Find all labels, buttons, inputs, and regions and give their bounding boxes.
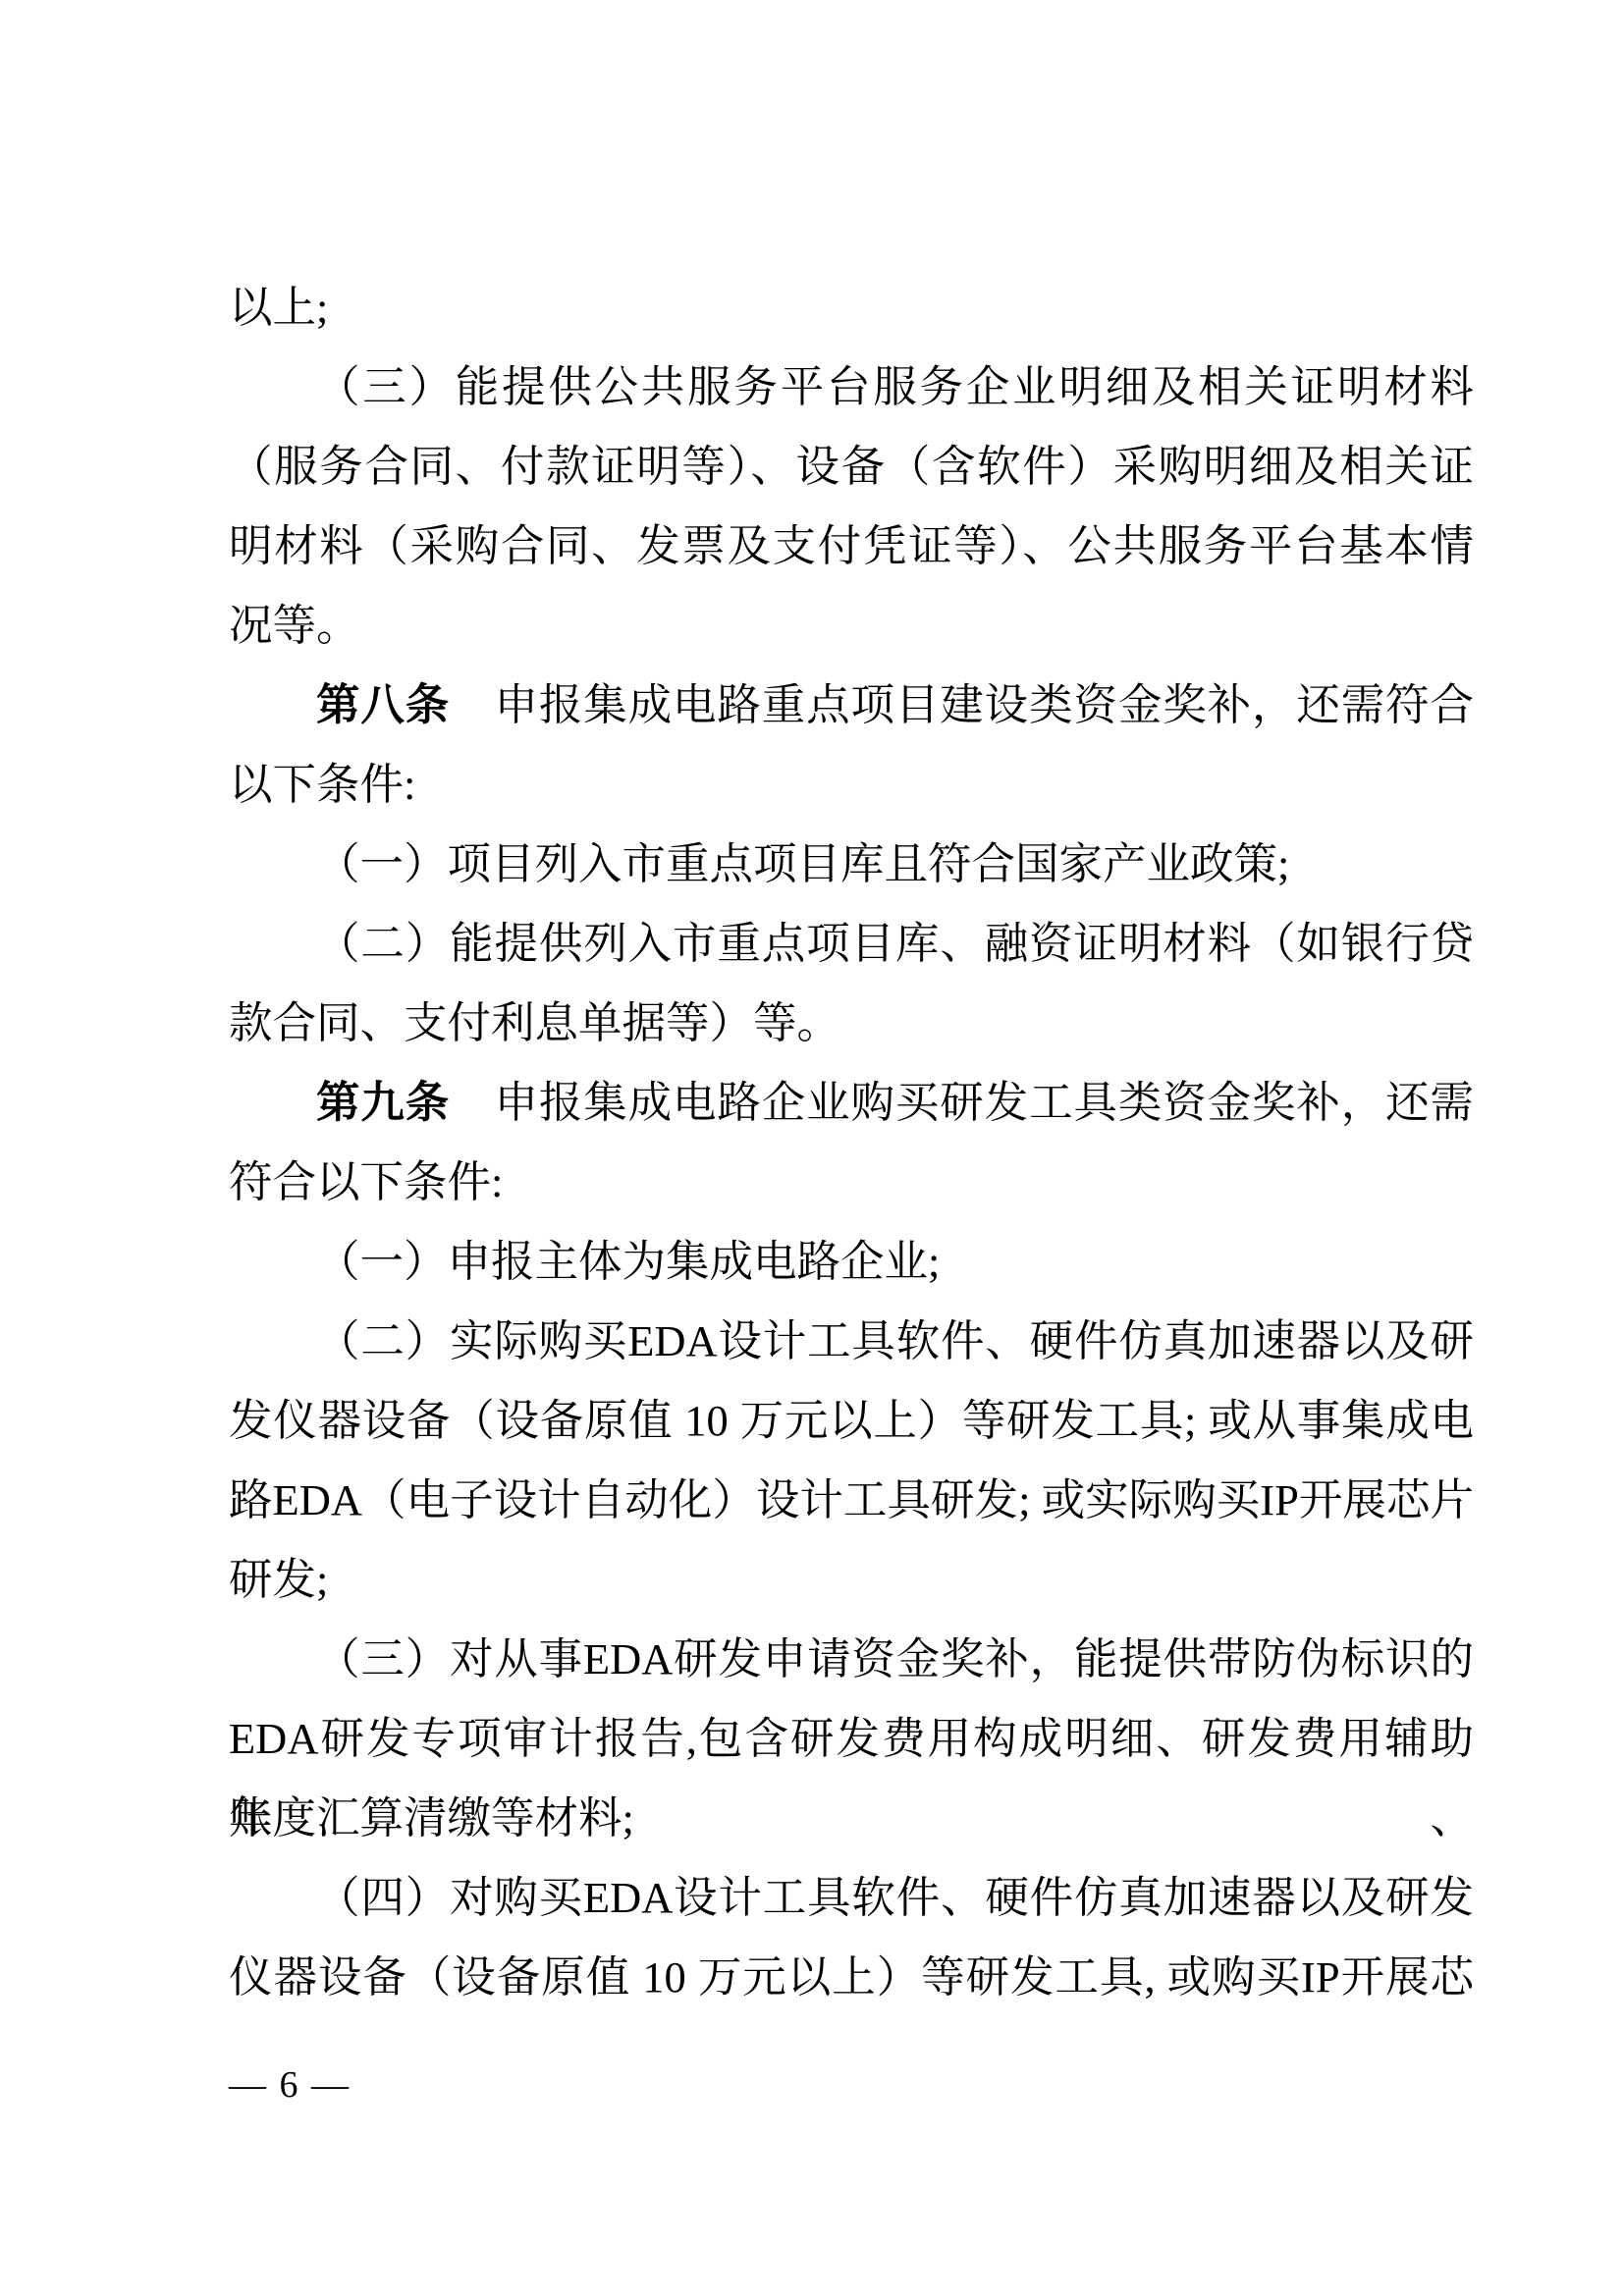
text-line: 第九条 申报集成电路企业购买研发工具类资金奖补，还需 — [229, 1063, 1474, 1143]
text-line: 以上; — [229, 268, 1474, 347]
text-segment: （服务合同、付款证明等）、设备（含软件）采购明细及相关证 — [229, 442, 1474, 491]
text-segment: 研发; — [229, 1555, 328, 1604]
text-line: EDA研发专项审计报告,包含研发费用构成明细、研发费用辅助账、 — [229, 1699, 1474, 1779]
text-line: 以下条件: — [229, 745, 1474, 825]
text-line: 款合同、支付利息单据等）等。 — [229, 984, 1474, 1063]
text-segment: 况等。 — [229, 601, 360, 650]
text-segment: （二）实际购买EDA设计工具软件、硬件仿真加速器以及研 — [316, 1316, 1474, 1365]
text-segment: 发仪器设备（设备原值 10 万元以上）等研发工具; 或从事集成电 — [229, 1396, 1474, 1445]
text-segment: 仪器设备（设备原值 10 万元以上）等研发工具, 或购买IP开展芯 — [229, 1952, 1474, 2002]
document-body: 以上;（三）能提供公共服务平台服务企业明细及相关证明材料（服务合同、付款证明等）… — [229, 268, 1474, 2017]
text-line: （一）申报主体为集成电路企业; — [229, 1222, 1474, 1302]
text-line: 发仪器设备（设备原值 10 万元以上）等研发工具; 或从事集成电 — [229, 1381, 1474, 1461]
article-number-heading: 第八条 — [316, 681, 450, 729]
text-line: 符合以下条件: — [229, 1143, 1474, 1222]
text-segment: 符合以下条件: — [229, 1157, 503, 1206]
text-segment: 申报集成电路重点项目建设类资金奖补，还需符合 — [450, 680, 1474, 729]
text-line: （四）对购买EDA设计工具软件、硬件仿真加速器以及研发 — [229, 1858, 1474, 1938]
text-segment: （二）能提供列入市重点项目库、融资证明材料（如银行贷 — [316, 919, 1474, 968]
text-segment: 路EDA（电子设计自动化）设计工具研发; 或实际购买IP开展芯片 — [229, 1475, 1474, 1524]
text-line: （二）能提供列入市重点项目库、融资证明材料（如银行贷 — [229, 904, 1474, 984]
text-line: 况等。 — [229, 586, 1474, 666]
text-segment: （三）对从事EDA研发申请资金奖补，能提供带防伪标识的 — [316, 1634, 1474, 1683]
text-segment: 明材料（采购合同、发票及支付凭证等）、公共服务平台基本情 — [229, 521, 1474, 570]
text-segment: 年度汇算清缴等材料; — [229, 1793, 634, 1842]
text-line: （二）实际购买EDA设计工具软件、硬件仿真加速器以及研 — [229, 1302, 1474, 1381]
text-segment: （一）申报主体为集成电路企业; — [316, 1237, 940, 1286]
text-segment: 申报集成电路企业购买研发工具类资金奖补，还需 — [450, 1078, 1474, 1127]
text-segment: （四）对购买EDA设计工具软件、硬件仿真加速器以及研发 — [316, 1873, 1474, 1922]
text-segment: 款合同、支付利息单据等）等。 — [229, 998, 840, 1047]
text-segment: （一）项目列入市重点项目库且符合国家产业政策; — [316, 839, 1289, 888]
text-line: 明材料（采购合同、发票及支付凭证等）、公共服务平台基本情 — [229, 507, 1474, 586]
text-line: （三）对从事EDA研发申请资金奖补，能提供带防伪标识的 — [229, 1620, 1474, 1699]
text-segment: 以上; — [229, 283, 328, 332]
text-segment: （三）能提供公共服务平台服务企业明细及相关证明材料 — [316, 362, 1474, 411]
text-line: 路EDA（电子设计自动化）设计工具研发; 或实际购买IP开展芯片 — [229, 1461, 1474, 1540]
text-segment: 以下条件: — [229, 760, 415, 809]
text-line: 仪器设备（设备原值 10 万元以上）等研发工具, 或购买IP开展芯 — [229, 1938, 1474, 2017]
text-line: （三）能提供公共服务平台服务企业明细及相关证明材料 — [229, 347, 1474, 427]
text-line: 第八条 申报集成电路重点项目建设类资金奖补，还需符合 — [229, 666, 1474, 745]
text-line: （服务合同、付款证明等）、设备（含软件）采购明细及相关证 — [229, 427, 1474, 507]
article-number-heading: 第九条 — [316, 1079, 450, 1127]
text-line: 研发; — [229, 1540, 1474, 1620]
document-page: 以上;（三）能提供公共服务平台服务企业明细及相关证明材料（服务合同、付款证明等）… — [0, 0, 1623, 2296]
text-line: （一）项目列入市重点项目库且符合国家产业政策; — [229, 825, 1474, 904]
page-number: — 6 — — [229, 2061, 351, 2109]
